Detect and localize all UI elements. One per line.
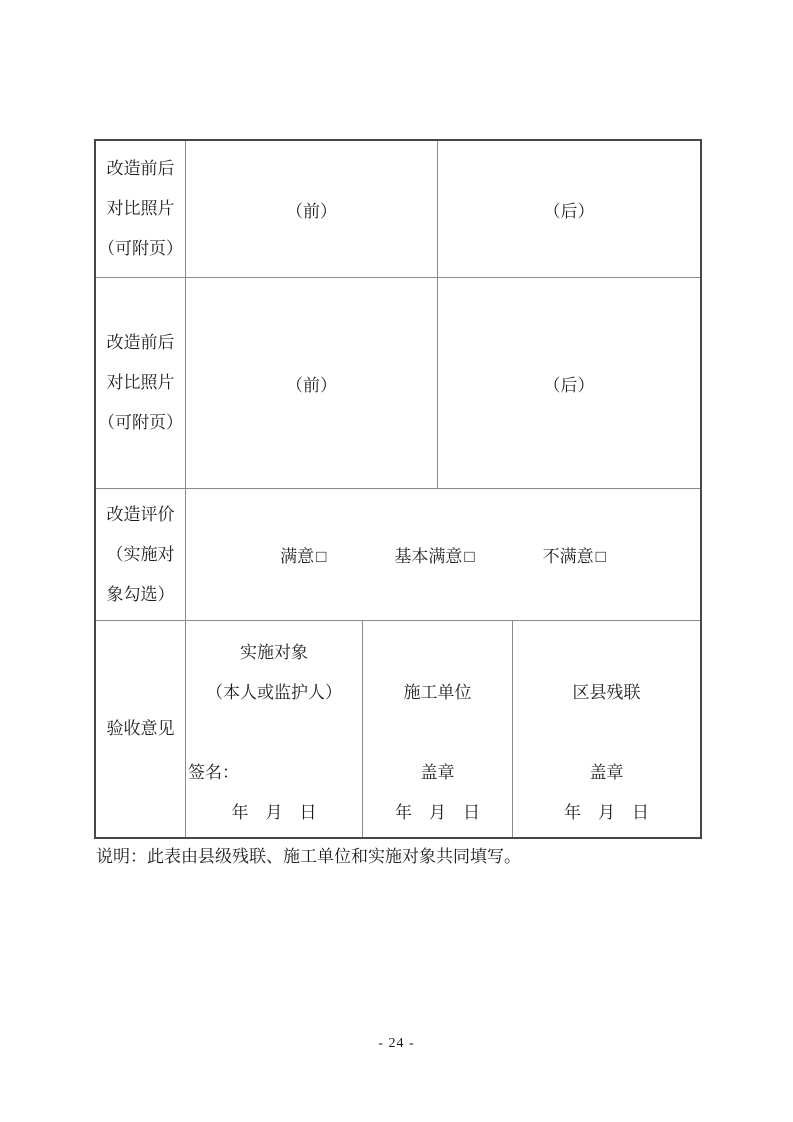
label-line: 改造前后: [107, 323, 175, 363]
federation-title: 区县残联: [513, 673, 700, 713]
option-basically-satisfied-label: 基本满意: [394, 547, 462, 566]
label-line: 对比照片: [107, 189, 175, 229]
constructor-title: 施工单位: [363, 673, 512, 713]
option-unsatisfied[interactable]: 不满意□: [543, 542, 606, 567]
acceptance-federation-col: 区县残联 盖章 年 月 日: [512, 621, 700, 837]
label-line: 改造评价: [107, 495, 175, 535]
photo-after-placeholder: （后）: [544, 371, 595, 396]
photo-before-placeholder: （前）: [286, 371, 337, 396]
spacer: [186, 713, 362, 753]
label-line: 象勾选）: [107, 575, 175, 615]
photo-before-cell-2: （前）: [185, 278, 437, 488]
evaluation-row: 改造评价 （实施对 象勾选） 满意□ 基本满意□ 不满意□: [96, 488, 700, 620]
photo-after-cell-1: （后）: [437, 141, 700, 277]
seal-label[interactable]: 盖章: [513, 753, 700, 793]
photo-row2-label: 改造前后 对比照片 （可附页）: [96, 278, 185, 488]
spacer: [513, 713, 700, 753]
spacer: [363, 633, 512, 673]
checkbox-basically-satisfied-icon[interactable]: □: [464, 547, 474, 566]
acceptance-row: 验收意见 实施对象 （本人或监护人） 签名： 年 月 日 施工单位 盖章 年 月…: [96, 620, 700, 837]
acceptance-implementer-col: 实施对象 （本人或监护人） 签名： 年 月 日: [185, 621, 362, 837]
document-page: 改造前后 对比照片 （可附页） （前） （后） 改造前后 对比照片 （可附页） …: [0, 0, 793, 1122]
acceptance-form-table: 改造前后 对比照片 （可附页） （前） （后） 改造前后 对比照片 （可附页） …: [94, 139, 702, 839]
form-note: 说明：此表由县级残联、施工单位和实施对象共同填写。: [96, 844, 521, 870]
implementer-title: 实施对象: [186, 633, 362, 673]
date-field[interactable]: 年 月 日: [363, 793, 512, 833]
photo-after-placeholder: （后）: [544, 197, 595, 222]
checkbox-unsatisfied-icon[interactable]: □: [596, 547, 606, 566]
page-number: - 24 -: [0, 1036, 793, 1052]
option-satisfied-label: 满意: [280, 547, 314, 566]
acceptance-label: 验收意见: [96, 621, 185, 837]
spacer: [363, 713, 512, 753]
photo-before-cell-1: （前）: [185, 141, 437, 277]
option-satisfied[interactable]: 满意□: [280, 542, 326, 567]
evaluation-label: 改造评价 （实施对 象勾选）: [96, 489, 185, 620]
label-line: 改造前后: [107, 149, 175, 189]
photo-comparison-row-1: 改造前后 对比照片 （可附页） （前） （后）: [96, 141, 700, 277]
evaluation-options-cell: 满意□ 基本满意□ 不满意□: [185, 489, 700, 620]
acceptance-constructor-col: 施工单位 盖章 年 月 日: [362, 621, 512, 837]
signature-label[interactable]: 签名：: [186, 753, 362, 793]
spacer: [513, 633, 700, 673]
date-field[interactable]: 年 月 日: [186, 793, 362, 833]
photo-after-cell-2: （后）: [437, 278, 700, 488]
date-field[interactable]: 年 月 日: [513, 793, 700, 833]
photo-before-placeholder: （前）: [286, 197, 337, 222]
label-line: （可附页）: [98, 229, 183, 269]
label-line: （实施对: [107, 535, 175, 575]
label-line: （可附页）: [98, 403, 183, 443]
seal-label[interactable]: 盖章: [363, 753, 512, 793]
option-basically-satisfied[interactable]: 基本满意□: [394, 542, 474, 567]
label-line: 验收意见: [107, 709, 175, 749]
photo-comparison-row-2: 改造前后 对比照片 （可附页） （前） （后）: [96, 277, 700, 488]
label-line: 对比照片: [107, 363, 175, 403]
photo-row1-label: 改造前后 对比照片 （可附页）: [96, 141, 185, 277]
checkbox-satisfied-icon[interactable]: □: [316, 547, 326, 566]
option-unsatisfied-label: 不满意: [543, 547, 594, 566]
implementer-subtitle: （本人或监护人）: [186, 673, 362, 713]
